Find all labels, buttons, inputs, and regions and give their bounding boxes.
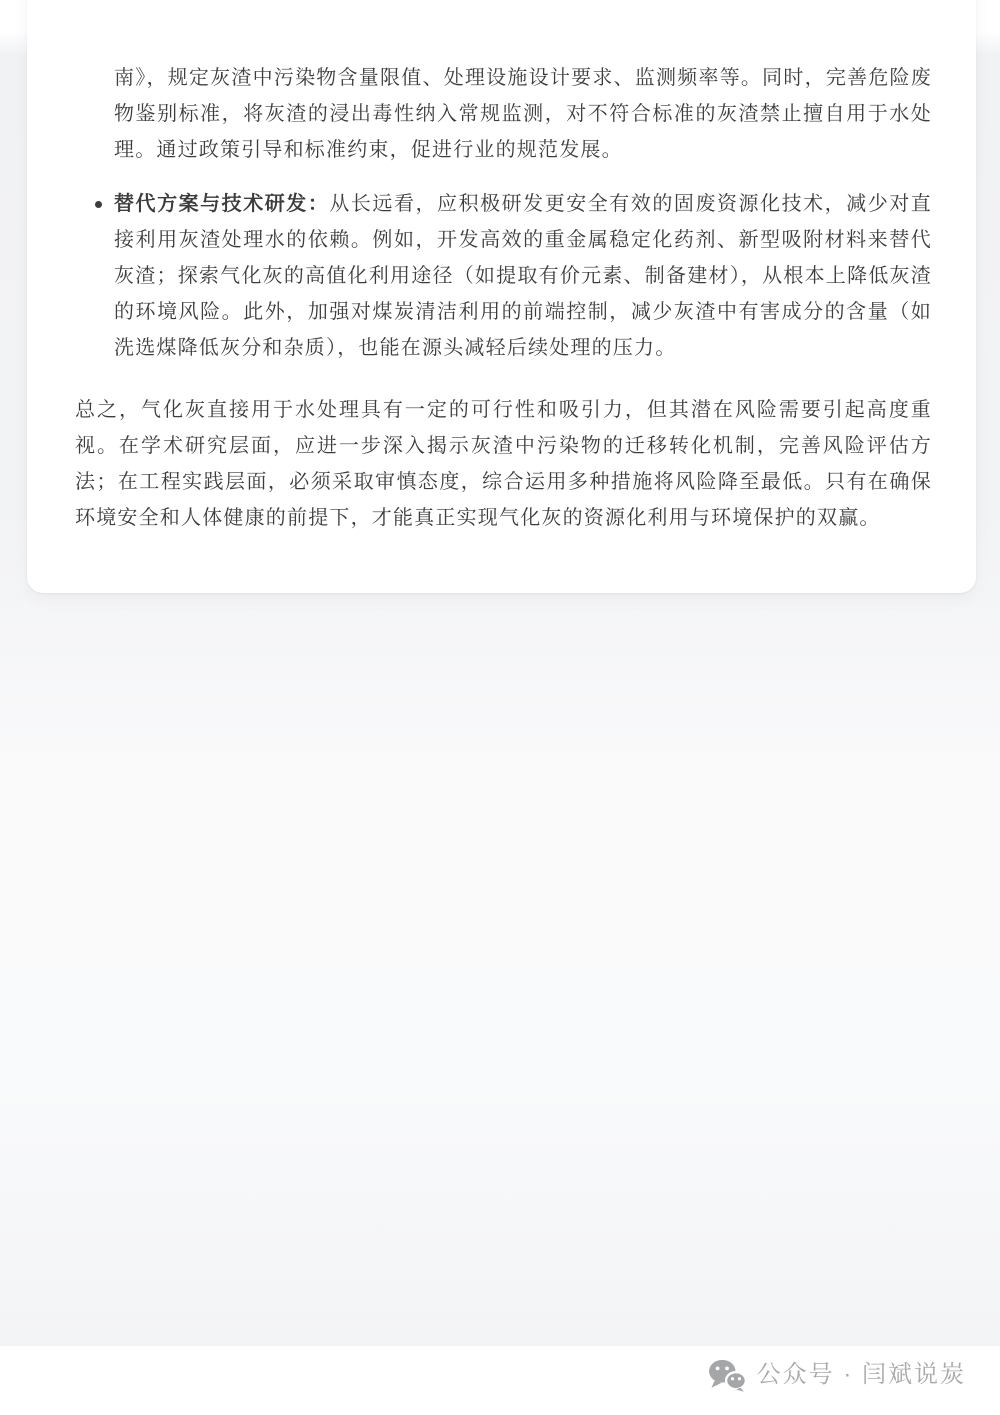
answer-card: 南》，规定灰渣中污染物含量限值、处理设施设计要求、监测频率等。同时，完善危险废物… bbox=[27, 0, 976, 593]
bullet-item-label: 替代方案与技术研发： bbox=[114, 193, 329, 215]
bullet-list: 替代方案与技术研发：从长远看，应积极研发更安全有效的固废资源化技术，减少对直接利… bbox=[75, 186, 932, 366]
wechat-icon bbox=[707, 1358, 747, 1392]
closing-paragraph: 总之，气化灰直接用于水处理具有一定的可行性和吸引力，但其潜在风险需要引起高度重视… bbox=[75, 392, 932, 536]
bullet-item-text: 从长远看，应积极研发更安全有效的固废资源化技术，减少对直接利用灰渣处理水的依赖。… bbox=[114, 193, 932, 359]
paragraph-continuation: 南》，规定灰渣中污染物含量限值、处理设施设计要求、监测频率等。同时，完善危险废物… bbox=[114, 60, 932, 168]
watermark: 公众号 · 闫斌说炭 bbox=[707, 1358, 966, 1392]
bullet-dot-icon bbox=[95, 201, 102, 208]
watermark-label: 公众号 · 闫斌说炭 bbox=[757, 1358, 966, 1392]
footer-bar: 公众号 · 闫斌说炭 bbox=[0, 1346, 1000, 1415]
list-item: 替代方案与技术研发：从长远看，应积极研发更安全有效的固废资源化技术，减少对直接利… bbox=[114, 186, 932, 366]
